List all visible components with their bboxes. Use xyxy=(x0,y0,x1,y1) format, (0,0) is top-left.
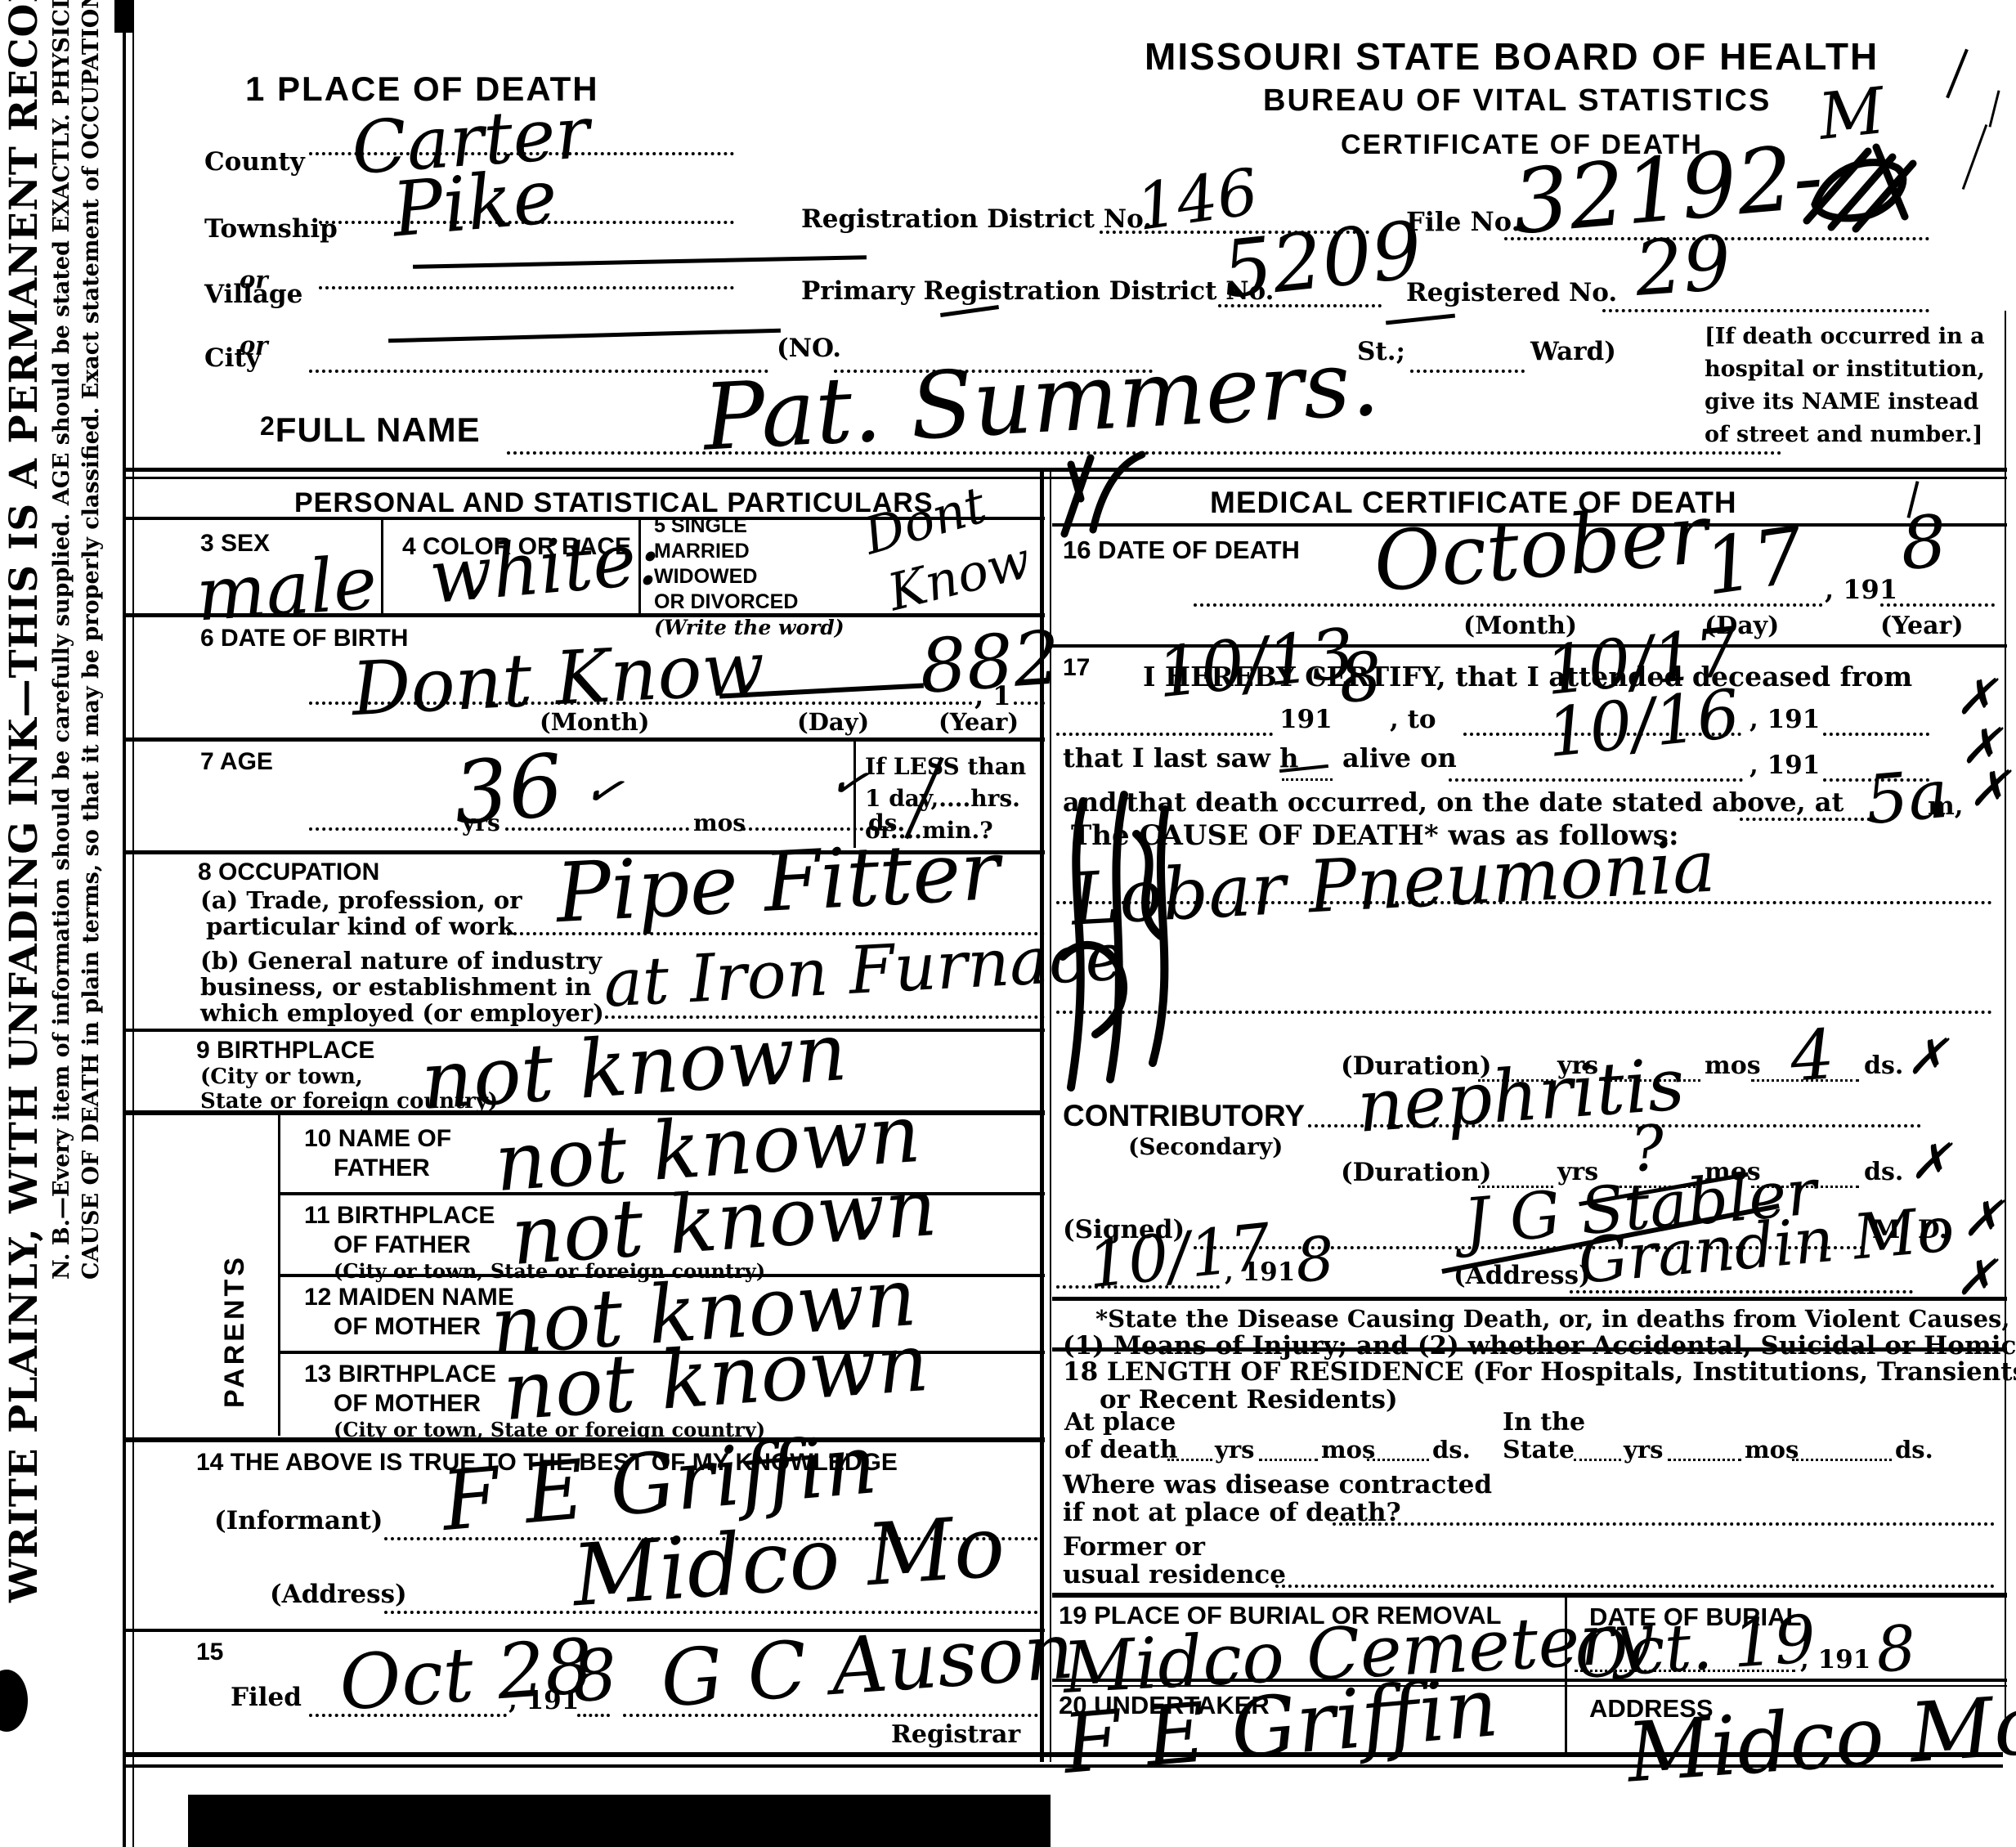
row6-bottom-rule xyxy=(123,737,1045,742)
atplace-ds-rule xyxy=(1367,1459,1429,1461)
city-no-hand-dash xyxy=(940,305,999,317)
village-rule xyxy=(319,286,734,289)
attended-from-year-prefix: 191 xyxy=(1279,705,1333,734)
scan-artifact-bar xyxy=(188,1795,1051,1847)
village-hand-dash xyxy=(413,255,867,269)
filed-year-value: 8 xyxy=(570,1634,620,1719)
occupation-label: 8 OCCUPATION xyxy=(198,858,379,886)
hospital-note-line2: hospital or institution, xyxy=(1705,353,1985,386)
primary-registration-value: 5209 xyxy=(1218,204,1427,316)
father-name-label-line1: 10 NAME OF xyxy=(304,1125,451,1153)
file-no-struck-scribble xyxy=(1799,139,1921,233)
form-border-left-inner xyxy=(132,0,134,1847)
scan-artifact-stroke1 xyxy=(1946,49,1969,99)
mother-bp-label-line1: 13 BIRTHPLACE xyxy=(304,1361,496,1388)
father-name-label-line2: FATHER xyxy=(334,1154,430,1182)
board-title: MISSOURI STATE BOARD OF HEALTH xyxy=(1145,34,1879,78)
attended-from-year-value: 8 xyxy=(1337,638,1385,718)
margin-nb-note-line1: N. B.—Every item of information should b… xyxy=(47,0,77,1280)
mother-name-label-line2: OF MOTHER xyxy=(334,1313,481,1341)
burial-year-value: 8 xyxy=(1874,1611,1918,1686)
atplace-mos-rule xyxy=(1259,1459,1318,1461)
occupation-a-value: Pipe Fitter xyxy=(553,823,1001,941)
last-saw-rule xyxy=(1449,778,1743,782)
last-saw-him-rule xyxy=(1282,778,1333,781)
father-bp-label-line2: OF FATHER xyxy=(334,1231,471,1259)
signed-x-mark: ✗ xyxy=(1962,1190,2003,1248)
dod-year-prefix: , 191 xyxy=(1825,574,1897,605)
attended-to-year-rule xyxy=(1823,733,1929,736)
footnote-top-rule xyxy=(1052,1297,2007,1301)
township-value: Pike xyxy=(389,152,561,253)
occupation-b-line3: which employed (or employer) xyxy=(200,999,604,1027)
former-rule xyxy=(1275,1585,1995,1588)
birthplace-sub1: (City or town, xyxy=(200,1065,363,1089)
margin-permanent-record-text: WRITE PLAINLY, WITH UNFADING INK—THIS IS… xyxy=(2,0,47,1603)
duration1-ds-label: ds. xyxy=(1864,1051,1903,1080)
city-rule xyxy=(309,370,768,373)
occupation-a-line2: particular kind of work xyxy=(206,912,514,940)
father-bp-label-line1: 11 BIRTHPLACE xyxy=(304,1202,495,1230)
secondary-label: (Secondary) xyxy=(1128,1133,1283,1160)
in-state-label-line1: In the xyxy=(1503,1408,1585,1437)
last-saw-year-prefix: , 191 xyxy=(1749,751,1820,780)
duration1-ds-value: 4 xyxy=(1788,1014,1837,1096)
signed-year-value: 8 xyxy=(1293,1223,1337,1296)
registered-no-label: Registered No. xyxy=(1406,278,1617,307)
punch-hole xyxy=(0,1670,28,1732)
last-saw-post: alive on xyxy=(1342,742,1457,773)
duration2-ds-label: ds. xyxy=(1864,1158,1903,1186)
dob-rule xyxy=(309,702,973,705)
row18-bottom-rule xyxy=(1052,1593,2007,1598)
former-label-line1: Former or xyxy=(1063,1532,1205,1562)
registrar-label: Registrar xyxy=(891,1720,1020,1749)
filed-label: Filed xyxy=(231,1683,302,1712)
occupation-b-line2: business, or establishment in xyxy=(200,973,591,1001)
death-hour-m-label: m, xyxy=(1928,791,1964,821)
dod-year-caption: (Year) xyxy=(1880,612,1964,640)
township-label: Township xyxy=(204,214,338,244)
form-border-left-outer xyxy=(123,0,126,1847)
signed-year-prefix: , 191 xyxy=(1225,1257,1295,1287)
sex-value: male xyxy=(194,540,380,638)
full-name-number: 2 xyxy=(260,411,276,441)
row19-bottom-rule-a xyxy=(1052,1679,2007,1682)
margin-nb-note: N. B.—Every item of information should b… xyxy=(47,0,106,1280)
former-label-line2: usual residence xyxy=(1063,1560,1286,1589)
certify-number: 17 xyxy=(1063,654,1090,682)
contracted-rule xyxy=(1333,1522,1995,1526)
dod-day-value: 17 xyxy=(1699,510,1809,613)
full-name-label: 2FULL NAME xyxy=(260,410,481,450)
sex-race-divider xyxy=(381,517,383,615)
primary-registration-label: Primary Registration District No. xyxy=(801,276,1274,306)
village-label: Village xyxy=(204,280,302,309)
hospital-note-line3: give its NAME instead xyxy=(1705,386,1985,419)
duration2-x-mark: ✗ xyxy=(1910,1133,1951,1190)
burial-date-rule xyxy=(1575,1670,1795,1672)
last-saw-pre: that I last saw h xyxy=(1063,742,1298,773)
hospital-note: [If death occurred in a hospital or inst… xyxy=(1705,321,1985,451)
death-certificate-scan: WRITE PLAINLY, WITH UNFADING INK—THIS IS… xyxy=(0,0,2016,1847)
instate-ds-rule xyxy=(1792,1459,1892,1461)
full-name-caption: FULL NAME xyxy=(276,410,481,449)
bottom-border-inner xyxy=(123,1764,2003,1768)
atplace-ds: ds. xyxy=(1432,1436,1471,1464)
occupation-b-line1: (b) General nature of industry xyxy=(200,947,602,975)
dod-year-value: 8 xyxy=(1897,499,1949,586)
instate-yrs-rule xyxy=(1574,1459,1621,1461)
marital-label-line1: 5 SINGLE xyxy=(654,513,844,539)
attended-to-year-prefix: , 191 xyxy=(1749,705,1820,734)
instate-ds: ds. xyxy=(1895,1436,1933,1464)
duration2-label: (Duration) xyxy=(1341,1158,1492,1187)
race-value: white: xyxy=(426,515,665,621)
instate-mos-rule xyxy=(1668,1459,1741,1461)
dob-day-caption: (Day) xyxy=(797,708,869,736)
file-no-label: File No. xyxy=(1406,206,1521,237)
dod-year-rule xyxy=(1880,603,1995,607)
county-label: County xyxy=(204,147,305,177)
atplace-yrs-rule xyxy=(1167,1459,1212,1461)
death-hour-rule xyxy=(1740,818,1870,821)
city-label: City xyxy=(204,343,261,373)
filed-number: 15 xyxy=(196,1639,223,1666)
informant-address-label: (Address) xyxy=(270,1580,407,1609)
age-less-line1: If LESS than xyxy=(865,751,1026,782)
form-border-right xyxy=(2005,311,2006,1751)
dob-year-caption: (Year) xyxy=(939,708,1019,736)
footnote-line1: *State the Disease Causing Death, or, in… xyxy=(1095,1305,2016,1333)
bottom-border-outer xyxy=(123,1752,2003,1757)
at-place-label-line1: At place xyxy=(1064,1408,1176,1437)
medical-section-hand-mark xyxy=(1056,448,1163,542)
marital-label: 5 SINGLE MARRIED WIDOWED OR DIVORCED (Wr… xyxy=(654,513,844,640)
attended-from-value: 10/13 xyxy=(1154,613,1359,714)
instate-mos: mos xyxy=(1745,1436,1799,1464)
dob-month-caption: (Month) xyxy=(540,708,649,736)
age-mos-checkmark: ✓ xyxy=(580,761,628,821)
dob-year-value: 882 xyxy=(917,615,1064,711)
age-mos-rule xyxy=(505,827,689,831)
filed-year-prefix: , 191 xyxy=(508,1686,579,1715)
age-yrs-rule xyxy=(309,827,458,831)
mother-name-label-line1: 12 MAIDEN NAME xyxy=(304,1284,514,1311)
contracted-label-line1: Where was disease contracted xyxy=(1063,1470,1492,1500)
registered-no-value: 29 xyxy=(1632,219,1733,313)
contributory-label: CONTRIBUTORY xyxy=(1063,1099,1305,1133)
footnote-line2: (1) Means of Injury; and (2) whether Acc… xyxy=(1063,1331,2016,1361)
instate-yrs: yrs xyxy=(1624,1436,1663,1464)
age-mos-label: mos xyxy=(693,809,746,836)
occupation-a-line1: (a) Trade, profession, or xyxy=(200,886,522,914)
footnote-bottom-rule xyxy=(1052,1347,2007,1352)
age-yrs-label: yrs xyxy=(462,809,500,836)
signed-date-rule xyxy=(1056,1285,1220,1289)
birthplace-label: 9 BIRTHPLACE xyxy=(196,1037,374,1065)
in-state-label-line2: State xyxy=(1503,1436,1575,1464)
city-st-rule xyxy=(1410,370,1525,373)
age-label: 7 AGE xyxy=(200,748,273,776)
at-place-label-line2: of death xyxy=(1064,1436,1178,1464)
residence-label-line1: 18 LENGTH OF RESIDENCE (For Hospitals, I… xyxy=(1063,1357,2016,1387)
registration-district-label: Registration District No. xyxy=(801,204,1152,234)
informant-label: (Informant) xyxy=(214,1506,383,1535)
physician-flourish-scrawl xyxy=(1046,785,1218,1104)
row5-bottom-rule xyxy=(123,613,1045,617)
attended-from-rule xyxy=(1056,733,1273,736)
age-less-line2: 1 day,....hrs. xyxy=(865,782,1026,814)
city-hand-dash xyxy=(388,329,781,343)
duration1-mos-label: mos xyxy=(1705,1051,1761,1080)
bureau-title: BUREAU OF VITAL STATISTICS xyxy=(1263,83,1771,119)
physician-address-label: (Address) xyxy=(1454,1261,1591,1290)
scan-artifact-stroke3 xyxy=(1988,90,2000,127)
burial-year-prefix: , 191 xyxy=(1800,1645,1870,1674)
duration1-x-mark: ✗ xyxy=(1906,1029,1947,1086)
attended-to-word: , to xyxy=(1390,705,1436,734)
hospital-note-line4: of street and number.] xyxy=(1705,419,1985,451)
marital-label-line4: OR DIVORCED xyxy=(654,590,844,615)
dod-label: 16 DATE OF DEATH xyxy=(1063,536,1300,565)
city-ward-label: Ward) xyxy=(1530,337,1616,366)
marital-label-line2: MARRIED xyxy=(654,539,844,564)
city-st-hand-dash xyxy=(1386,314,1455,325)
scan-artifact-stroke2 xyxy=(1962,124,1988,190)
marital-label-line3: WIDOWED xyxy=(654,564,844,590)
atplace-yrs: yrs xyxy=(1215,1436,1254,1464)
registrar-signature: G C Auson xyxy=(658,1606,1077,1724)
parents-label: PARENTS xyxy=(219,1254,251,1408)
margin-nb-note-line2: CAUSE OF DEATH in plain terms, so that i… xyxy=(77,0,106,1280)
death-hour-x-mark: ✗ xyxy=(1969,760,2009,818)
mother-bp-label-line2: OF MOTHER xyxy=(334,1390,481,1418)
hospital-note-line1: [If death occurred in a xyxy=(1705,321,1985,353)
